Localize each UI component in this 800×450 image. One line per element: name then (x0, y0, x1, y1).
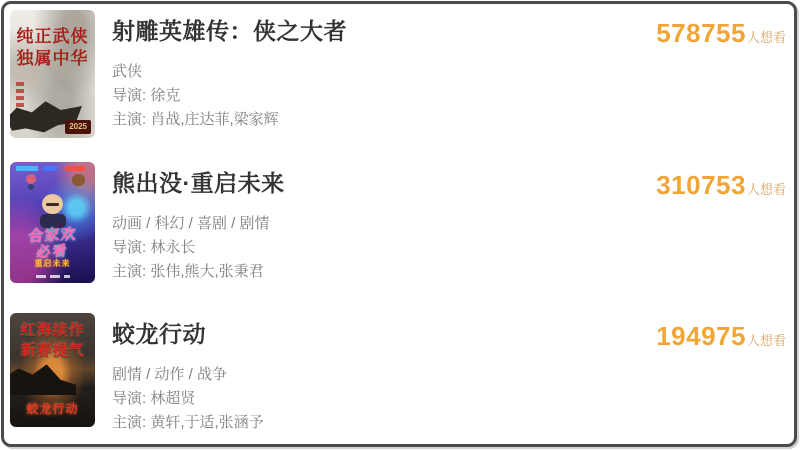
movie-director: 导演: 林永长 (112, 236, 195, 257)
poster-tagline: 独属中华 (10, 44, 95, 69)
movie-poster[interactable]: 纯正武侠 独属中华 2025 (10, 10, 95, 138)
want-count-suffix: 人想看 (747, 30, 786, 45)
poster-top-text-chip (43, 166, 57, 171)
movie-cast: 主演: 张伟,熊大,张秉君 (112, 260, 264, 281)
poster-logo-text: 蛟龙行动 (10, 400, 95, 417)
poster-logo-text: 重启未来 (10, 258, 95, 269)
want-count-number: 310753 (656, 170, 746, 200)
movie-director: 导演: 林超贤 (112, 387, 195, 408)
poster-tagline: 红海续作 (10, 319, 95, 340)
movie-list-panel: 纯正武侠 独属中华 2025 射雕英雄传：侠之大者 武侠 导演: 徐克 主演: … (1, 1, 797, 447)
movie-director: 导演: 徐克 (112, 84, 180, 105)
bear-figure (72, 174, 85, 186)
movie-title: 射雕英雄传：侠之大者 (112, 13, 347, 46)
movie-row-xiongchumo[interactable]: 合家欢 必看 重启未来 熊出没·重启未来 动画 / 科幻 / 喜剧 / 剧情 导… (10, 162, 788, 287)
want-to-see-count: 194975人想看 (656, 321, 786, 352)
poster-top-text-chip (65, 166, 85, 171)
movie-poster[interactable]: 红海续作 新春提气 蛟龙行动 (10, 313, 95, 427)
movie-poster[interactable]: 合家欢 必看 重启未来 (10, 162, 95, 283)
movie-genres: 武侠 (112, 60, 142, 81)
movie-cast: 主演: 黄轩,于适,张涵予 (112, 411, 264, 432)
movie-row-shediao[interactable]: 纯正武侠 独属中华 2025 射雕英雄传：侠之大者 武侠 导演: 徐克 主演: … (10, 10, 788, 142)
want-to-see-count: 578755人想看 (656, 18, 786, 49)
character-brow (46, 203, 59, 206)
movie-genres: 动画 / 科幻 / 喜剧 / 剧情 (112, 212, 270, 233)
want-count-suffix: 人想看 (747, 182, 786, 197)
movie-row-jiaolong[interactable]: 红海续作 新春提气 蛟龙行动 蛟龙行动 剧情 / 动作 / 战争 导演: 林超贤… (10, 313, 788, 431)
movie-genres: 剧情 / 动作 / 战争 (112, 363, 227, 384)
movie-cast: 主演: 肖战,庄达菲,梁家辉 (112, 108, 279, 129)
movie-title: 蛟龙行动 (112, 316, 206, 349)
want-count-number: 194975 (656, 321, 746, 351)
poster-credit-strip (36, 275, 70, 278)
movie-title: 熊出没·重启未来 (112, 165, 285, 198)
poster-tagline: 新春提气 (10, 339, 95, 360)
poster-top-text-chip (16, 166, 38, 171)
mountain-silhouette (10, 361, 76, 395)
character-figure (26, 174, 36, 184)
poster-year-badge: 2025 (65, 120, 91, 134)
want-count-suffix: 人想看 (747, 333, 786, 348)
want-count-number: 578755 (656, 18, 746, 48)
want-to-see-count: 310753人想看 (656, 170, 786, 201)
poster-seal-marks (16, 82, 24, 112)
